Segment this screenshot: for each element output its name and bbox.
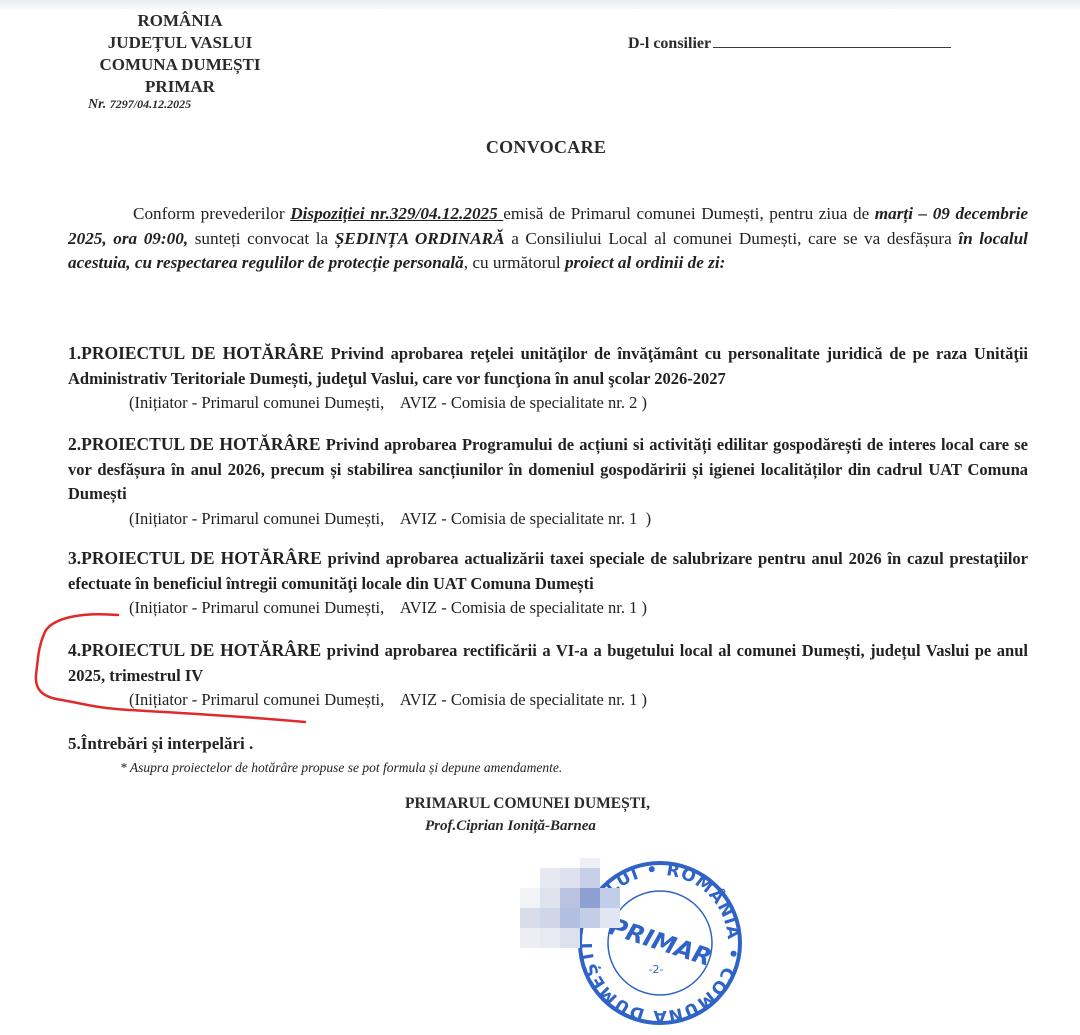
agenda-label: proiect al ordinii de zi: <box>565 253 725 272</box>
intro-text: Conform prevederilor <box>133 204 290 223</box>
document-title: CONVOCARE <box>0 137 1080 158</box>
header-commune: COMUNA DUMEȘTI <box>80 54 280 76</box>
agenda-item-2: 2.PROIECTUL DE HOTĂRÂRE Privind aprobare… <box>68 432 1028 531</box>
intro-paragraph: Conform prevederilor Dispoziției nr.329/… <box>68 202 1028 276</box>
intro-text: emisă de Primarul comunei Dumești, pentr… <box>503 204 874 223</box>
recipient-blank-line <box>713 35 951 48</box>
item-initiator: (Inițiator - Primarul comunei Dumești, A… <box>68 596 1028 621</box>
scan-top-edge <box>0 0 1080 9</box>
issuer-header: ROMÂNIA JUDEȚUL VASLUI COMUNA DUMEȘTI PR… <box>80 10 280 98</box>
item-initiator: (Inițiator - Primarul comunei Dumești, A… <box>68 688 1028 713</box>
amendments-note: * Asupra proiectelor de hotărâre propuse… <box>120 760 562 776</box>
header-county: JUDEȚUL VASLUI <box>80 32 280 54</box>
nr-label: Nr. <box>88 97 106 112</box>
agenda-item-4: 4.PROIECTUL DE HOTĂRÂRE privind aprobare… <box>68 638 1028 713</box>
official-stamp: VASLUI • ROMÂNIA • COMUNA DUMEȘTI-JUD. P… <box>560 858 760 1028</box>
intro-text: , cu următorul <box>464 253 565 272</box>
item-initiator: (Inițiator - Primarul comunei Dumești, A… <box>68 507 1028 532</box>
item-lead: 2.PROIECTUL DE HOTĂRÂRE <box>68 434 321 454</box>
session-type: ȘEDINȚA ORDINARĂ <box>335 229 505 248</box>
item-lead: 4.PROIECTUL DE HOTĂRÂRE <box>68 640 321 660</box>
recipient-label: D-l consilier <box>628 35 711 52</box>
agenda-item-5-questions: 5.Întrebări și interpelări . <box>68 734 253 754</box>
item-initiator: (Inițiator - Primarul comunei Dumești, A… <box>68 391 1028 416</box>
nr-value: 7297/04.12.2025 <box>110 97 191 111</box>
header-country: ROMÂNIA <box>80 10 280 32</box>
intro-text: sunteți convocat la <box>188 229 335 248</box>
intro-text: a Consiliului Local al comunei Dumești, … <box>505 229 959 248</box>
disposition-reference: Dispoziției nr.329/04.12.2025 <box>290 204 503 223</box>
agenda-item-1: 1.PROIECTUL DE HOTĂRÂRE Privind aprobare… <box>68 341 1028 416</box>
signature-name: Prof.Ciprian Ioniță-Barnea <box>425 818 596 835</box>
item-lead: 1.PROIECTUL DE HOTĂRÂRE <box>68 343 324 363</box>
registration-number: Nr. 7297/04.12.2025 <box>88 97 191 113</box>
signature-title: PRIMARUL COMUNEI DUMEȘTI, <box>405 795 650 813</box>
agenda-item-3: 3.PROIECTUL DE HOTĂRÂRE privind aprobare… <box>68 546 1028 621</box>
item-lead: 3.PROIECTUL DE HOTĂRÂRE <box>68 548 322 568</box>
redaction-pixelation <box>520 858 680 948</box>
svg-text:-2-: -2- <box>649 963 664 976</box>
recipient-field: D-l consilier <box>628 35 951 53</box>
header-office: PRIMAR <box>80 76 280 98</box>
